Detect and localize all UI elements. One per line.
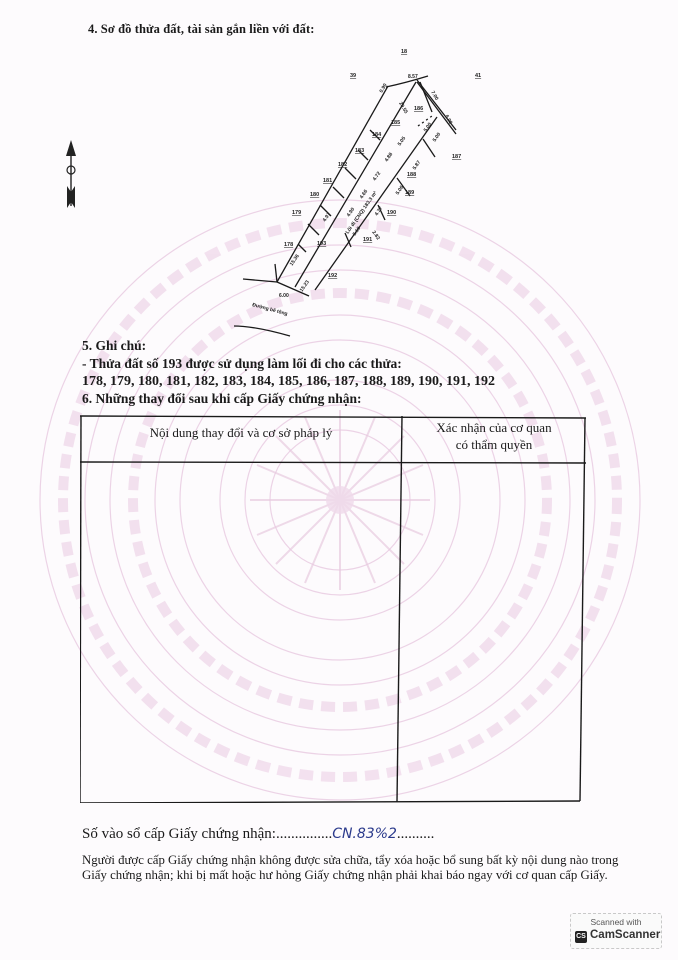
registry-label: Số vào sổ cấp Giấy chứng nhận: (82, 826, 276, 842)
table-header-authority-line2: có thẩm quyền (402, 436, 586, 453)
svg-text:5.00: 5.00 (423, 122, 434, 134)
note-line-2: 178, 179, 180, 181, 182, 183, 184, 185, … (82, 374, 495, 390)
section-4-title: 4. Sơ đồ thửa đất, tài sản gắn liền với … (88, 22, 314, 37)
registry-dots-after: .......... (397, 826, 435, 842)
svg-text:0.90: 0.90 (379, 82, 389, 94)
svg-text:5.05: 5.05 (397, 136, 408, 148)
svg-text:6.00: 6.00 (443, 114, 453, 126)
svg-text:188: 188 (407, 172, 416, 178)
svg-text:178: 178 (284, 242, 293, 248)
table-header-content: Nội dung thay đổi và cơ sở pháp lý (80, 425, 402, 441)
svg-text:2.82: 2.82 (370, 230, 381, 242)
svg-text:181: 181 (323, 178, 332, 184)
svg-text:5.06: 5.06 (395, 185, 406, 197)
scanner-badge-top: Scanned with (571, 917, 661, 927)
section-5-title: 5. Ghi chú: (82, 338, 146, 354)
svg-text:193: 193 (317, 241, 326, 247)
warning-line-2: Giấy chứng nhận; khi bị mất hoặc hư hỏng… (82, 868, 618, 883)
warning-line-1: Người được cấp Giấy chứng nhận không đượ… (82, 853, 618, 868)
svg-text:7.00: 7.00 (429, 90, 439, 102)
svg-text:183: 183 (355, 148, 364, 154)
svg-text:39: 39 (350, 73, 356, 79)
svg-text:Đường bê tông: Đường bê tông (251, 302, 288, 317)
svg-text:41: 41 (475, 73, 481, 79)
svg-text:15.36: 15.36 (289, 253, 301, 267)
svg-text:4.66: 4.66 (359, 189, 370, 201)
table-header-authority: Xác nhận của cơ quan có thẩm quyền (402, 419, 586, 453)
table-borders (80, 415, 586, 803)
section-6-title: 6. Những thay đổi sau khi cấp Giấy chứng… (82, 391, 362, 407)
table-header-authority-line1: Xác nhận của cơ quan (402, 419, 586, 436)
svg-text:Lối đi (CNQ) 183.3 m²: Lối đi (CNQ) 183.3 m² (344, 189, 379, 235)
certificate-page: 4. Sơ đồ thửa đất, tài sản gắn liền với … (0, 0, 678, 960)
usage-warning: Người được cấp Giấy chứng nhận không đượ… (82, 853, 618, 883)
camscanner-logo-icon: CS (575, 931, 587, 943)
registry-number: Số vào sổ cấp Giấy chứng nhận:..........… (82, 826, 434, 843)
changes-table: Nội dung thay đổi và cơ sở pháp lý Xác n… (80, 415, 586, 803)
parcel-map: 18 39 41 186 185 184 183 182 181 180 179… (0, 0, 678, 340)
svg-text:6.00: 6.00 (279, 293, 289, 299)
svg-text:190: 190 (387, 210, 396, 216)
svg-text:5.87: 5.87 (412, 160, 423, 172)
svg-text:182: 182 (338, 162, 347, 168)
svg-text:4.72: 4.72 (372, 171, 383, 183)
svg-text:4.97: 4.97 (322, 212, 333, 224)
registry-value: CN.83%2 (332, 826, 397, 842)
svg-text:8.57: 8.57 (408, 74, 418, 80)
svg-text:192: 192 (328, 273, 337, 279)
svg-text:15.23: 15.23 (299, 279, 311, 293)
svg-text:179: 179 (292, 210, 301, 216)
svg-text:189: 189 (405, 190, 414, 196)
svg-text:187: 187 (452, 154, 461, 160)
svg-text:5.10: 5.10 (352, 226, 363, 238)
registry-dots: ............... (276, 826, 332, 842)
north-arrow-icon (64, 140, 78, 210)
svg-text:20.55: 20.55 (397, 101, 409, 115)
note-line-1: - Thửa đất số 193 được sử dụng làm lối đ… (82, 356, 402, 372)
svg-text:18: 18 (401, 49, 407, 55)
scanner-badge-name: CamScanner (590, 929, 660, 941)
svg-text:4.77: 4.77 (374, 206, 385, 218)
svg-text:180: 180 (310, 192, 319, 198)
camscanner-badge: Scanned with CS CamScanner (570, 913, 662, 949)
svg-text:191: 191 (363, 237, 372, 243)
svg-text:5.00: 5.00 (432, 132, 443, 144)
svg-text:186: 186 (414, 106, 423, 112)
svg-text:4.88: 4.88 (384, 152, 395, 164)
svg-text:4.90: 4.90 (346, 207, 357, 219)
svg-text:184: 184 (372, 132, 382, 138)
svg-text:185: 185 (391, 120, 400, 126)
